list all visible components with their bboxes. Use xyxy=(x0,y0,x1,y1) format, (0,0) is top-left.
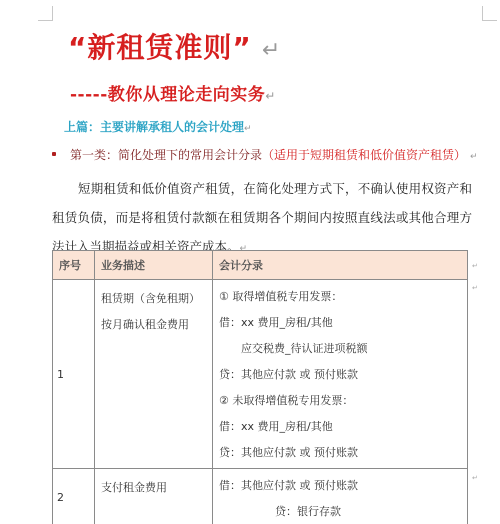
header-seq: 序号 xyxy=(53,251,95,280)
subtitle-text: -----教你从理论走向实务 xyxy=(70,85,265,105)
paragraph-mark-icon: ↵ xyxy=(265,89,276,103)
row-end-mark-icon: ↵ xyxy=(472,262,478,270)
entry-line: 贷：其他应付款 或 预付账款 xyxy=(213,362,467,388)
row-end-mark-icon: ↵ xyxy=(472,284,478,292)
paragraph-mark-icon: ↵ xyxy=(244,124,252,134)
header-entries: 会计分录 xyxy=(213,251,468,280)
entry-line: ② 未取得增值税专用发票： xyxy=(213,388,467,414)
entries-cell: 借：其他应付款 或 预付账款 贷：银行存款 xyxy=(213,469,468,524)
header-entries-text: 会计分录 xyxy=(219,259,263,272)
document-subtitle: -----教你从理论走向实务↵ xyxy=(70,80,276,105)
entry-line: 贷：其他应付款 或 预付账款 xyxy=(213,440,467,466)
table-row: 1 租赁期（含免租期）按月确认租金费用 ① 取得增值税专用发票： 借：xx 费用… xyxy=(53,280,468,469)
entry-line: 应交税费_待认证进项税额 xyxy=(213,336,467,362)
page-corner-mark-right xyxy=(482,6,497,21)
section-heading-text: 上篇：主要讲解承租人的会计处理 xyxy=(64,120,244,134)
section-heading: 上篇：主要讲解承租人的会计处理↵ xyxy=(64,118,252,135)
paragraph-mark-icon: ↵ xyxy=(262,38,281,63)
header-seq-text: 序号 xyxy=(59,259,81,272)
row-end-mark-icon: ↵ xyxy=(472,474,478,482)
bullet-item: 第一类：简化处理下的常用会计分录（适用于短期租赁和低价值资产租赁）↵ xyxy=(52,146,478,163)
entry-line: 借：其他应付款 或 预付账款 xyxy=(213,473,467,499)
body-paragraph-text: 短期租赁和低价值资产租赁，在简化处理方式下，不确认使用权资产和租赁负债，而是将租… xyxy=(52,181,472,254)
table-header-row: 序号 业务描述 会计分录 xyxy=(53,251,468,280)
entries-cell: ① 取得增值税专用发票： 借：xx 费用_房租/其他 应交税费_待认证进项税额 … xyxy=(213,280,468,469)
entry-line: 贷：银行存款 xyxy=(213,499,467,524)
accounting-entries-table: 序号 业务描述 会计分录 1 租赁期（含免租期）按月确认租金费用 ① 取得增值税… xyxy=(52,250,468,524)
header-description: 业务描述 xyxy=(95,251,213,280)
header-description-text: 业务描述 xyxy=(101,259,145,272)
bullet-highlight-text: （适用于短期租赁和低价值资产租赁） xyxy=(262,148,466,162)
description-text: 支付租金费用 xyxy=(95,469,212,501)
page-corner-mark-left xyxy=(38,6,53,21)
seq-cell: 1 xyxy=(53,280,95,469)
description-text: 租赁期（含免租期）按月确认租金费用 xyxy=(95,280,212,338)
seq-value: 1 xyxy=(57,368,64,381)
bullet-icon xyxy=(52,152,56,156)
description-cell: 租赁期（含免租期）按月确认租金费用 xyxy=(95,280,213,469)
title-text: “新租赁准则” xyxy=(68,31,252,64)
document-title: “新租赁准则”↵ xyxy=(68,26,281,66)
entry-line: 借：xx 费用_房租/其他 xyxy=(213,414,467,440)
entry-line: 借：xx 费用_房租/其他 xyxy=(213,310,467,336)
paragraph-mark-icon: ↵ xyxy=(470,152,478,162)
description-cell: 支付租金费用 xyxy=(95,469,213,524)
bullet-main-text: 第一类：简化处理下的常用会计分录 xyxy=(70,148,262,162)
seq-value: 2 xyxy=(57,491,64,504)
seq-cell: 2 xyxy=(53,469,95,524)
table-row: 2 支付租金费用 借：其他应付款 或 预付账款 贷：银行存款 xyxy=(53,469,468,524)
entry-line: ① 取得增值税专用发票： xyxy=(213,284,467,310)
